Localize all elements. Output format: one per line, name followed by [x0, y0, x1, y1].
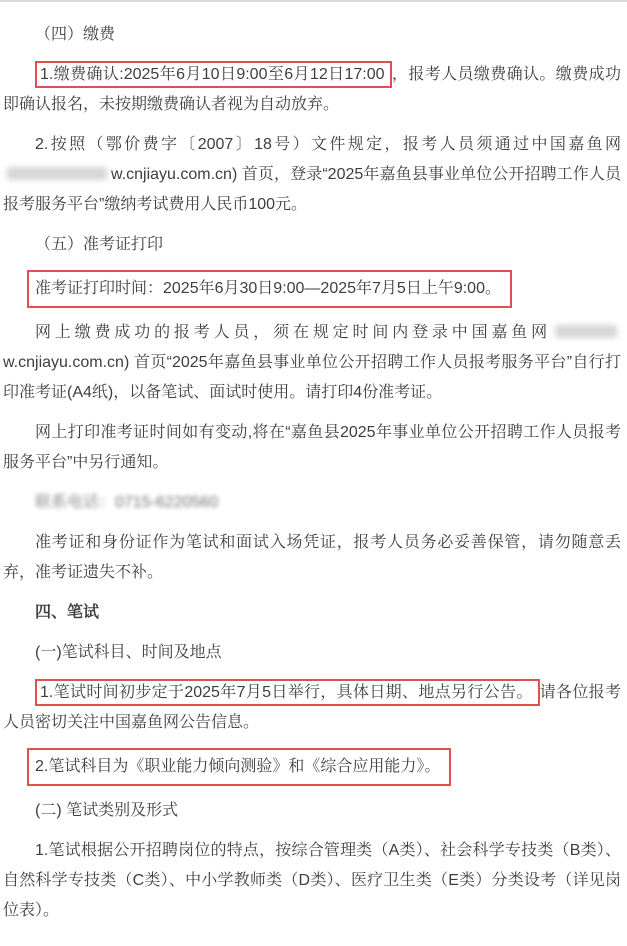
print-instructions-after-blur: w.cnjiayu.com.cn) 首页“2025年嘉鱼县事业单位公开招聘工作人…: [3, 354, 621, 401]
contact-phone-paragraph: 联系电话：0715-6220560: [3, 488, 621, 518]
redacted-url-blur: [7, 167, 107, 180]
exam-subjects-subheading: (一)笔试科目、时间及地点: [3, 638, 621, 668]
redacted-url-blur: [555, 325, 617, 338]
admit-card-keep-safe-paragraph: 准考证和身份证作为笔试和面试入场凭证，报考人员务必妥善保管，请勿随意丢弃，准考证…: [3, 528, 621, 588]
document-page: { "theme": { "text_color": "#3e3e3e", "h…: [0, 0, 627, 946]
exam-category-subheading: (二) 笔试类别及形式: [3, 796, 621, 826]
fee-confirm-paragraph: 1.缴费确认:2025年6月10日9:00至6月12日17:00，报考人员缴费确…: [3, 60, 621, 120]
exam-category-paragraph: 1.笔试根据公开招聘岗位的特点，按综合管理类（A类）、社会科学专技类（B类）、自…: [3, 836, 621, 926]
fee-confirm-highlight-box: 1.缴费确认:2025年6月10日9:00至6月12日17:00: [35, 61, 392, 88]
contact-phone-blurred-text: 联系电话：0715-6220560: [35, 494, 218, 511]
exam-subjects-paragraph: 2.笔试科目为《职业能力倾向测验》和《综合应用能力》。: [3, 748, 621, 786]
print-time-highlight-box: 准考证打印时间：2025年6月30日9:00—2025年7月5日上午9:00。: [27, 270, 512, 308]
admit-card-section-heading: （五）准考证打印: [3, 230, 621, 260]
exam-time-paragraph: 1.笔试时间初步定于2025年7月5日举行，具体日期、地点另行公告。请各位报考人…: [3, 678, 621, 738]
print-time-paragraph: 准考证打印时间：2025年6月30日9:00—2025年7月5日上午9:00。: [3, 270, 621, 308]
written-exam-section-heading: 四、笔试: [3, 598, 621, 628]
exam-time-highlight-box: 1.笔试时间初步定于2025年7月5日举行，具体日期、地点另行公告。: [35, 679, 540, 706]
print-time-change-paragraph: 网上打印准考证时间如有变动,将在“嘉鱼县2025年事业单位公开招聘工作人员报考服…: [3, 418, 621, 478]
fee-payment-text-before-blur: 2.按照（鄂价费字〔2007〕18号）文件规定，报考人员须通过中国嘉鱼网: [35, 136, 621, 153]
print-instructions-before-blur: 网上缴费成功的报考人员，须在规定时间内登录中国嘉鱼网: [35, 324, 551, 341]
exam-subjects-highlight-box: 2.笔试科目为《职业能力倾向测验》和《综合应用能力》。: [27, 748, 451, 786]
fee-section-heading: （四）缴费: [3, 20, 621, 50]
print-instructions-paragraph: 网上缴费成功的报考人员，须在规定时间内登录中国嘉鱼网w.cnjiayu.com.…: [3, 318, 621, 408]
fee-payment-paragraph: 2.按照（鄂价费字〔2007〕18号）文件规定，报考人员须通过中国嘉鱼网w.cn…: [3, 130, 621, 220]
